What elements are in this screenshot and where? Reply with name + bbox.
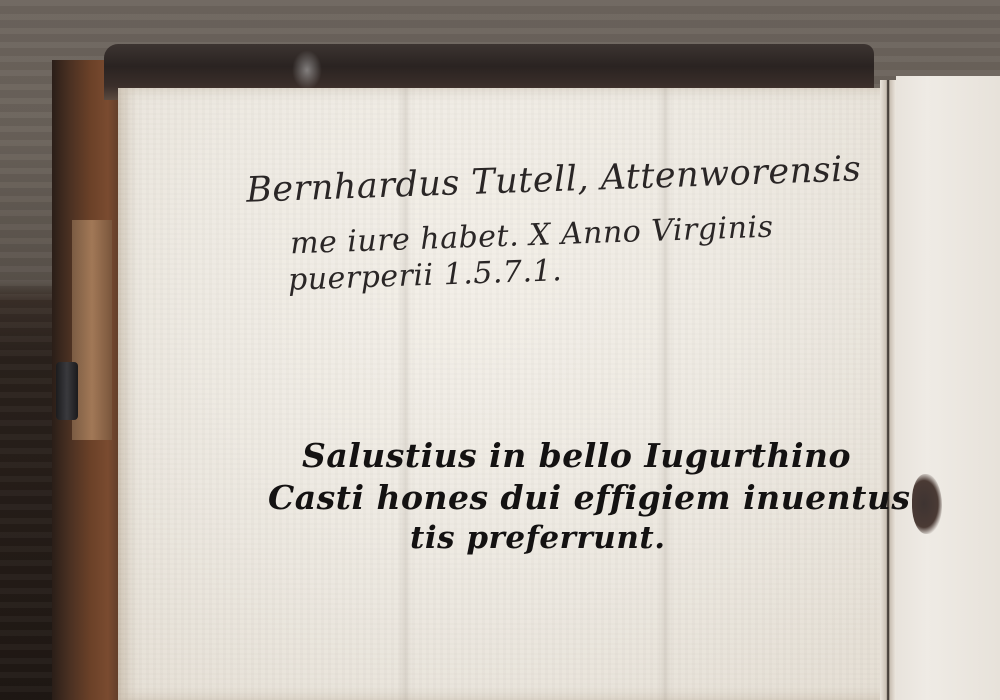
facing-page-edge bbox=[896, 76, 1000, 700]
quotation-line: Casti hones dui effigiem inuentus bbox=[268, 478, 910, 517]
book-gutter bbox=[880, 80, 896, 700]
metal-clasp-pin bbox=[56, 362, 78, 420]
cover-scuff-mark bbox=[292, 50, 322, 90]
exposed-wooden-board bbox=[72, 220, 112, 440]
quotation-line: tis preferrunt. bbox=[410, 520, 666, 556]
ink-stain bbox=[912, 474, 942, 534]
quotation-line: Salustius in bello Iugurthino bbox=[302, 436, 851, 475]
